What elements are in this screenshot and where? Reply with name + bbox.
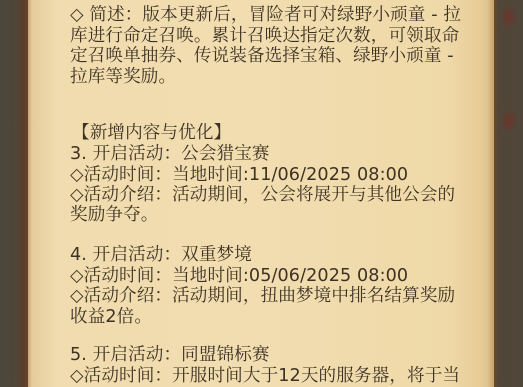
right-border: [494, 0, 523, 387]
activity-description: 奖励争夺。: [70, 205, 158, 225]
activity-time: ◇活动时间：当地时间:05/06/2025 08:00: [70, 266, 408, 286]
activity-heading: 4. 开启活动：双重梦境: [70, 245, 252, 265]
activity-description: ◇活动介绍：活动期间，扭曲梦境中排名结算奖励: [70, 286, 455, 306]
decorative-spot: [500, 4, 518, 30]
intro-line: 定召唤单抽券、传说装备选择宝箱、绿野小顽童 -: [70, 46, 454, 66]
left-border: [0, 0, 28, 387]
game-notice-window: ◇ 简述：版本更新后，冒险者可对绿野小顽童 - 拉 库进行命定召唤。累计召唤达指…: [0, 0, 523, 387]
intro-line: 库进行命定召唤。累计召唤达指定次数，可领取命: [70, 26, 459, 46]
activity-time: ◇活动时间：开服时间大于12天的服务器，将于当: [70, 366, 460, 386]
activity-heading: 5. 开启活动：同盟锦标赛: [70, 345, 270, 365]
activity-description: 收益2倍。: [70, 307, 152, 327]
intro-line: ◇ 简述：版本更新后，冒险者可对绿野小顽童 - 拉: [70, 5, 461, 25]
parchment-edge: [488, 0, 494, 387]
activity-heading: 3. 开启活动：公会猎宝赛: [70, 144, 270, 164]
decorative-spot: [500, 108, 518, 134]
parchment-edge: [28, 0, 32, 387]
intro-line: 拉库等奖励。: [70, 67, 176, 87]
section-title: 【新增内容与优化】: [72, 123, 231, 143]
activity-time: ◇活动时间：当地时间:11/06/2025 08:00: [70, 165, 408, 185]
activity-description: ◇活动介绍：活动期间，公会将展开与其他公会的: [70, 185, 455, 205]
